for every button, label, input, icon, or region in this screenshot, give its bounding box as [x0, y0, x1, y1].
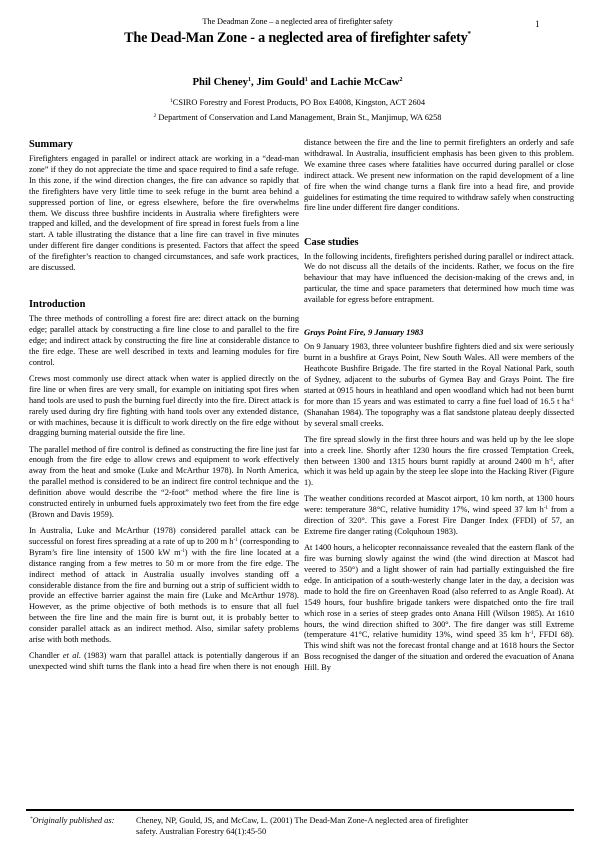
paper-title: The Dead-Man Zone - a neglected area of …: [0, 30, 595, 47]
author-affil-mark: 2: [400, 77, 403, 83]
text-run: . (1983) warn that parallel attack is po…: [304, 116, 574, 212]
text-run: (Shanahan 1984). The topography was a fl…: [304, 408, 574, 428]
footnote-label: *Originally published as:: [30, 814, 136, 826]
title-footnote-mark: *: [468, 30, 471, 38]
left-column: Summary Firefighters engaged in parallel…: [29, 138, 299, 678]
text-run: ) with the fire line located at a distan…: [29, 548, 299, 644]
footnote-label-text: Originally published as:: [33, 816, 115, 825]
grays-point-subheading: Grays Point Fire, 9 January 1983: [304, 327, 574, 338]
case-studies-heading: Case studies: [304, 236, 574, 249]
running-head: The Deadman Zone – a neglected area of f…: [0, 17, 595, 26]
intro-paragraph-1: The three methods of controlling a fores…: [29, 314, 299, 369]
affiliation-2: 2 Department of Conservation and Land Ma…: [0, 113, 595, 122]
affiliation-text: CSIRO Forestry and Forest Products, PO B…: [173, 98, 425, 107]
affiliation-1: 1CSIRO Forestry and Forest Products, PO …: [0, 98, 595, 107]
author-separator: and: [308, 76, 331, 88]
author-list: Phil Cheney1, Jim Gould1 and Lachie McCa…: [0, 76, 595, 88]
footnote-divider: [26, 809, 574, 811]
intro-paragraph-4: In Australia, Luke and McArthur (1978) c…: [29, 526, 299, 646]
summary-heading: Summary: [29, 138, 299, 151]
section-spacer: [304, 311, 574, 327]
text-run: At 1400 hours, a helicopter reconnaissan…: [304, 543, 574, 639]
title-text: The Dead-Man Zone - a neglected area of …: [124, 30, 467, 46]
footnote-line-1: *Originally published as:Cheney, NP, Gou…: [30, 814, 570, 826]
section-spacer: [29, 279, 299, 298]
intro-paragraph-2: Crews most commonly use direct attack wh…: [29, 374, 299, 439]
footnote-citation: Cheney, NP, Gould, JS, and McCaw, L. (20…: [136, 816, 468, 825]
intro-paragraph-5: Chandler et al. (1983) warn that paralle…: [29, 651, 299, 673]
page-number: 1: [535, 19, 540, 29]
text-run: On 9 January 1983, three volunteer bushf…: [304, 342, 574, 406]
text-run: The fire spread slowly in the first thre…: [304, 435, 574, 466]
right-column: Chandler et al. (1983) warn that paralle…: [304, 138, 574, 679]
affiliation-text: Department of Conservation and Land Mana…: [156, 113, 441, 122]
author-name: Phil Cheney: [192, 76, 248, 88]
introduction-heading: Introduction: [29, 298, 299, 311]
italic-text: et al: [63, 651, 79, 660]
author-name: Lachie McCaw: [330, 76, 399, 88]
grays-point-paragraph-4: At 1400 hours, a helicopter reconnaissan…: [304, 543, 574, 674]
grays-point-paragraph-3: The weather conditions recorded at Masco…: [304, 494, 574, 538]
grays-point-paragraph-2: The fire spread slowly in the first thre…: [304, 435, 574, 490]
footnote: *Originally published as:Cheney, NP, Gou…: [30, 814, 570, 837]
intro-paragraph-5-continued: Chandler et al. (1983) warn that paralle…: [304, 116, 574, 214]
intro-paragraph-3: The parallel method of fire control is d…: [29, 445, 299, 521]
case-studies-intro: In the following incidents, firefighters…: [304, 252, 574, 307]
text-run: Chandler: [29, 651, 63, 660]
author-name: Jim Gould: [256, 76, 304, 88]
grays-point-paragraph-1: On 9 January 1983, three volunteer bushf…: [304, 342, 574, 429]
footnote-line-2: safety. Australian Forestry 64(1):45-50: [30, 826, 570, 837]
superscript: -1: [570, 398, 574, 403]
summary-paragraph: Firefighters engaged in parallel or indi…: [29, 154, 299, 274]
section-spacer: [304, 220, 574, 236]
text-run: The weather conditions recorded at Masco…: [304, 494, 574, 514]
